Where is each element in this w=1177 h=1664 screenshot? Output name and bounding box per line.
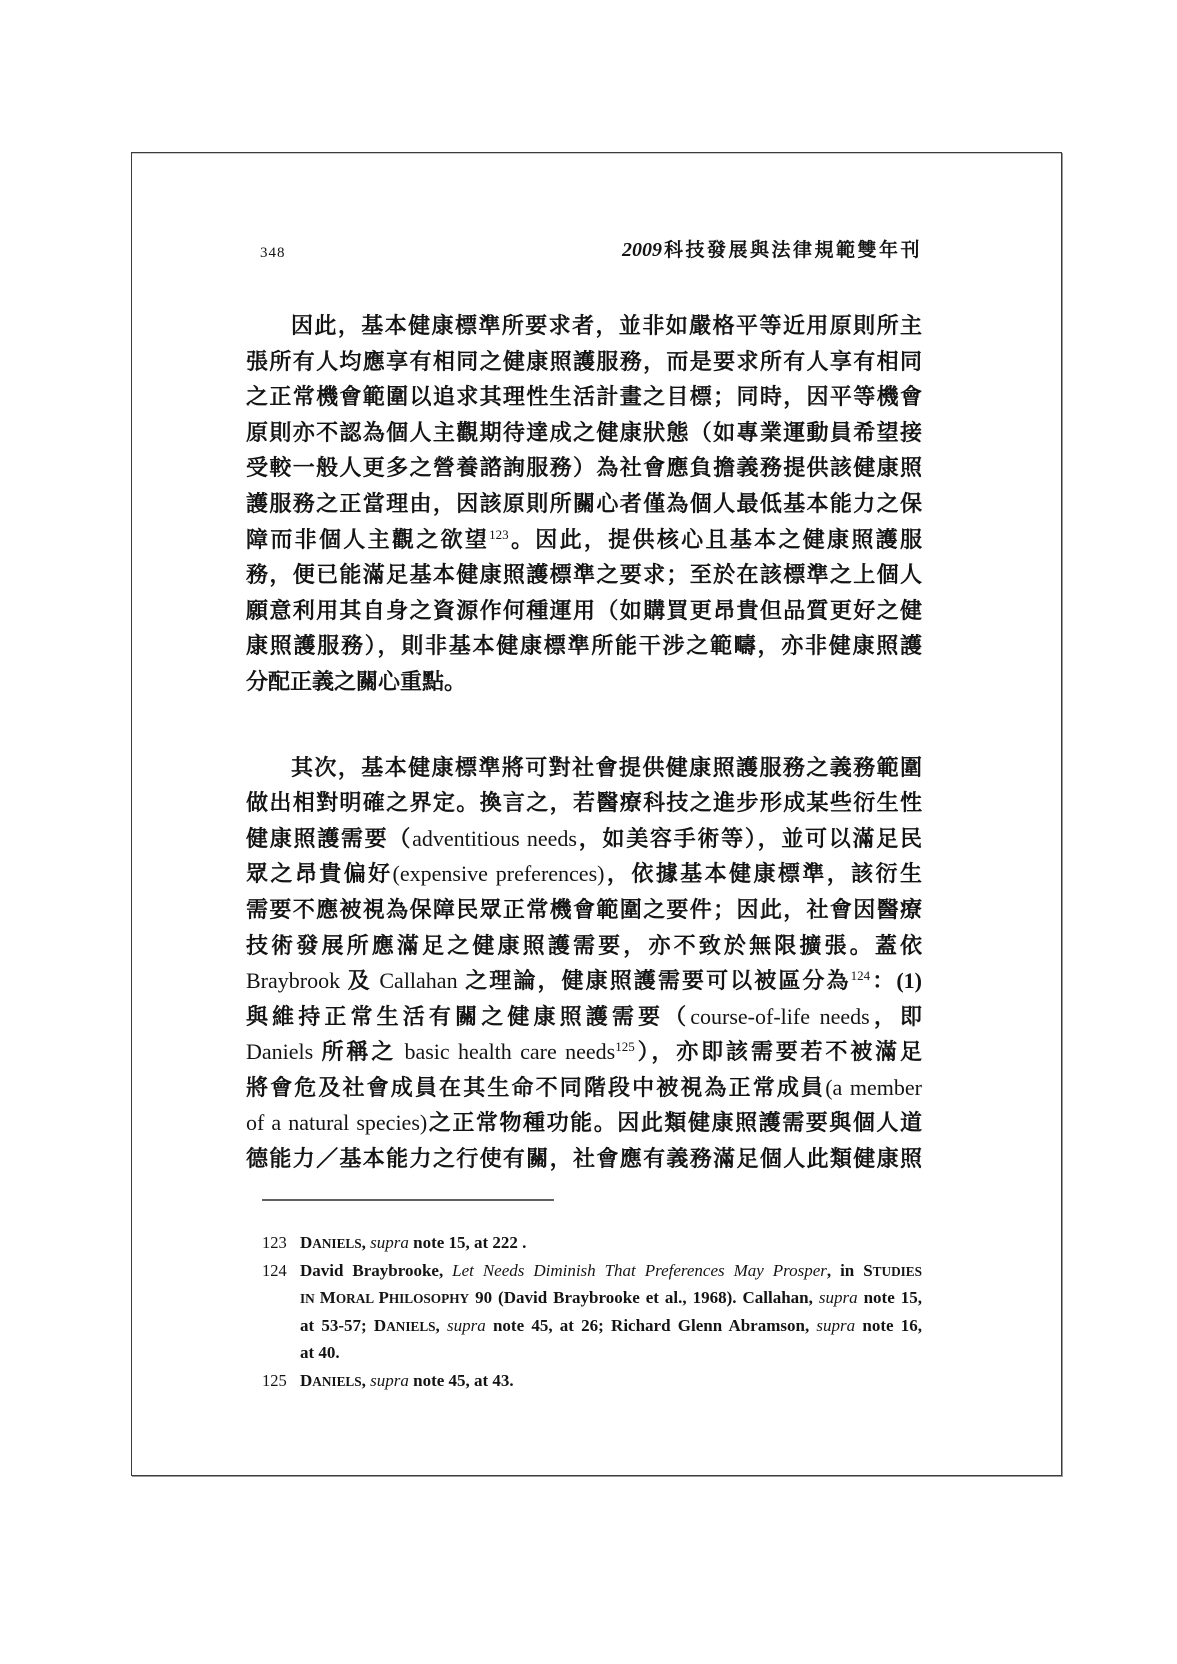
text-segment: 護服務之正當理由，因該原則所關心者僅為個人最低基本能力之保 [246,491,922,516]
footnote: 123DANIELS, supra note 15, at 222 . [246,1229,922,1257]
text-segment: supra [816,1316,855,1335]
text-segment: at 53-57; D [300,1316,386,1335]
text-segment: Callahan [379,968,457,993]
text-segment: basic health care needs [404,1039,615,1064]
text-segment: 。因此，提供核心且基本之健康照護服 [509,527,922,552]
text-segment: M [320,1288,336,1307]
text-segment: note 16, [855,1316,922,1335]
footnote-line: David Braybrooke, Let Needs Diminish Tha… [300,1257,922,1285]
text-segment: ANIELS [312,1236,361,1251]
journal-title: 2009科技發展與法律規範雙年刊 [622,235,922,262]
body-line: 其次，基本健康標準將可對社會提供健康照護服務之義務範圍 [246,750,922,786]
body-line: Daniels 所稱之 basic health care needs125），… [246,1034,922,1070]
body-line: Braybrook 及 Callahan 之理論，健康照護需要可以被區分為124… [246,963,922,999]
body-line: 原則亦不認為個人主觀期待達成之健康狀態（如專業運動員希望接 [246,415,922,451]
text-segment: 之正常機會範圍以追求其理性生活計畫之目標；同時，因平等機會 [246,384,922,409]
text-segment: 願意利用其自身之資源作何種運用（如購買更昂貴但品質更好之健 [246,598,922,623]
body-line: 受較一般人更多之營養諮詢服務）為社會應負擔義務提供該健康照 [246,450,922,486]
body-line: 眾之昂貴偏好(expensive preferences)，依據基本健康標準，該… [246,856,922,892]
text-segment: supra [370,1371,409,1390]
body-line: of a natural species)之正常物種功能。因此類健康照護需要與個… [246,1105,922,1141]
text-segment: ，依據基本健康標準，該衍生 [604,861,922,886]
text-segment: 做出相對明確之界定。換言之，若醫療科技之進步形成某些衍生性 [246,790,922,815]
text-segment: adventitious needs [412,826,577,851]
page-number: 348 [246,245,286,262]
body-line: 與維持正常生活有關之健康照護需要（course-of-life needs，即 [246,999,922,1035]
text-segment: 將會危及社會成員在其生命不同階段中被視為正常成員 [246,1075,825,1100]
footnote: 124David Braybrooke, Let Needs Diminish … [246,1257,922,1367]
footnote-line: at 53-57; DANIELS, supra note 45, at 26;… [300,1312,922,1340]
text-segment: ANIELS [386,1319,435,1334]
body-line: 需要不應被視為保障民眾正常機會範圍之要件；因此，社會因醫療 [246,892,922,928]
article-body: 因此，基本健康標準所要求者，並非如嚴格平等近用原則所主張所有人均應享有相同之健康… [246,308,922,1177]
text-segment: 技術發展所應滿足之健康照護需要，亦不致於無限擴張。蓋依 [246,933,922,958]
text-segment: (a member [825,1075,922,1100]
footnote-number: 124 [262,1257,300,1285]
footnote-line: IN MORAL PHILOSOPHY 90 (David Braybrooke… [300,1284,922,1312]
journal-year: 2009 [622,239,662,261]
text-segment: ANIELS [312,1374,361,1389]
footnote-line: DANIELS, supra note 45, at 43. [300,1367,922,1395]
footnote-text: DANIELS, supra note 15, at 222 . [300,1229,922,1257]
footnote-ref: 123 [489,527,509,542]
text-segment: note 15, at 222 . [409,1233,527,1252]
footnote-line: DANIELS, supra note 15, at 222 . [300,1229,922,1257]
footnote-text: DANIELS, supra note 45, at 43. [300,1367,922,1395]
text-segment: ，如美容手術等），並可以滿足民 [577,826,922,851]
text-segment: 及 [340,968,379,993]
text-segment: David Braybrooke, [300,1261,452,1280]
text-segment: note 45, at 43. [409,1371,514,1390]
text-segment: ），亦即該需要若不被滿足 [635,1039,922,1064]
text-segment: HILOSOPHY [389,1291,469,1306]
text-segment: S [863,1261,872,1280]
text-segment: IN [300,1291,320,1306]
text-segment: 康照護服務），則非基本健康標準所能干涉之範疇，亦非健康照護 [246,633,922,658]
text-segment: Let Needs Diminish That Preferences May … [452,1261,827,1280]
text-segment: Braybrook [246,968,340,993]
text-segment: supra [447,1316,486,1335]
text-segment: 分配正義之關心重點。 [246,669,466,694]
footnote-number: 125 [262,1367,300,1395]
text-segment: 之理論，健康照護需要可以被區分為 [458,968,851,993]
text-segment: (expensive preferences) [393,861,605,886]
footnote: 125DANIELS, supra note 45, at 43. [246,1367,922,1395]
text-segment: , [436,1316,447,1335]
text-segment: Daniels [246,1039,313,1064]
footnotes-section: 123DANIELS, supra note 15, at 222 .124Da… [246,1199,922,1394]
body-line: 技術發展所應滿足之健康照護需要，亦不致於無限擴張。蓋依 [246,928,922,964]
page-header: 348 2009科技發展與法律規範雙年刊 [246,235,922,262]
body-line: 障而非個人主觀之欲望123。因此，提供核心且基本之健康照護服 [246,522,922,558]
text-segment: 與維持正常生活有關之健康照護需要（ [246,1004,690,1029]
footnote-number: 123 [262,1229,300,1257]
body-line: 做出相對明確之界定。換言之，若醫療科技之進步形成某些衍生性 [246,785,922,821]
text-segment: at 40. [300,1343,340,1362]
journal-name: 科技發展與法律規範雙年刊 [664,240,922,261]
text-segment: note 15, [858,1288,922,1307]
text-segment: 因此，基本健康標準所要求者，並非如嚴格平等近用原則所主 [291,313,922,338]
text-segment: 原則亦不認為個人主觀期待達成之健康狀態（如專業運動員希望接 [246,420,922,445]
text-segment: 障而非個人主觀之欲望 [246,527,489,552]
body-line: 因此，基本健康標準所要求者，並非如嚴格平等近用原則所主 [246,308,922,344]
paragraph: 其次，基本健康標準將可對社會提供健康照護服務之義務範圍做出相對明確之界定。換言之… [246,750,922,1177]
footnote-line: at 40. [300,1339,922,1367]
text-segment: 90 (David Braybrooke et al., 1968). Call… [469,1288,819,1307]
text-segment: note 45, at 26; Richard Glenn Abramson, [486,1316,817,1335]
text-segment: P [378,1288,388,1307]
text-segment: 之正常物種功能。因此類健康照護需要與個人道 [427,1110,922,1135]
text-segment: ，即 [870,1004,922,1029]
scanned-page: 348 2009科技發展與法律規範雙年刊 因此，基本健康標準所要求者，並非如嚴格… [0,0,1177,1664]
page-border: 348 2009科技發展與法律規範雙年刊 因此，基本健康標準所要求者，並非如嚴格… [131,152,1062,1476]
body-line: 務，便已能滿足基本健康照護標準之要求；至於在該標準之上個人 [246,557,922,593]
text-segment: supra [370,1233,409,1252]
text-segment: 德能力／基本能力之行使有關，社會應有義務滿足個人此類健康照 [246,1146,922,1171]
text-segment: TUDIES [873,1264,922,1279]
footnote-ref: 125 [615,1039,635,1054]
footnote-text: David Braybrooke, Let Needs Diminish Tha… [300,1257,922,1367]
text-segment: , [362,1371,371,1390]
body-line: 德能力／基本能力之行使有關，社會應有義務滿足個人此類健康照 [246,1141,922,1177]
footnote-ref: 124 [851,968,871,983]
body-line: 護服務之正當理由，因該原則所關心者僅為個人最低基本能力之保 [246,486,922,522]
body-line: 之正常機會範圍以追求其理性生活計畫之目標；同時，因平等機會 [246,379,922,415]
text-segment: of a natural species) [246,1110,427,1135]
text-segment: 其次，基本健康標準將可對社會提供健康照護服務之義務範圍 [291,755,922,780]
body-line: 健康照護需要（adventitious needs，如美容手術等），並可以滿足民 [246,821,922,857]
body-line: 分配正義之關心重點。 [246,664,922,700]
text-segment: 眾之昂貴偏好 [246,861,393,886]
text-segment: ORAL [336,1291,379,1306]
text-segment: supra [819,1288,858,1307]
text-segment: 務，便已能滿足基本健康照護標準之要求；至於在該標準之上個人 [246,562,922,587]
text-segment: 需要不應被視為保障民眾正常機會範圍之要件；因此，社會因醫療 [246,897,922,922]
text-segment: 受較一般人更多之營養諮詢服務）為社會應負擔義務提供該健康照 [246,455,922,480]
paragraph: 因此，基本健康標準所要求者，並非如嚴格平等近用原則所主張所有人均應享有相同之健康… [246,308,922,700]
text-segment: , in [827,1261,863,1280]
footnote-separator [262,1199,554,1201]
text-segment: ：(1) [870,968,922,993]
text-segment: , [362,1233,371,1252]
body-line: 將會危及社會成員在其生命不同階段中被視為正常成員(a member [246,1070,922,1106]
text-segment: course-of-life needs [690,1004,869,1029]
text-segment: 健康照護需要（ [246,826,412,851]
footnote-list: 123DANIELS, supra note 15, at 222 .124Da… [246,1229,922,1394]
body-line: 康照護服務），則非基本健康標準所能干涉之範疇，亦非健康照護 [246,628,922,664]
text-segment: 所稱之 [313,1039,404,1064]
body-line: 願意利用其自身之資源作何種運用（如購買更昂貴但品質更好之健 [246,593,922,629]
text-segment: D [300,1371,312,1390]
text-segment: 張所有人均應享有相同之健康照護服務，而是要求所有人享有相同 [246,349,922,374]
body-line: 張所有人均應享有相同之健康照護服務，而是要求所有人享有相同 [246,344,922,380]
text-segment: D [300,1233,312,1252]
